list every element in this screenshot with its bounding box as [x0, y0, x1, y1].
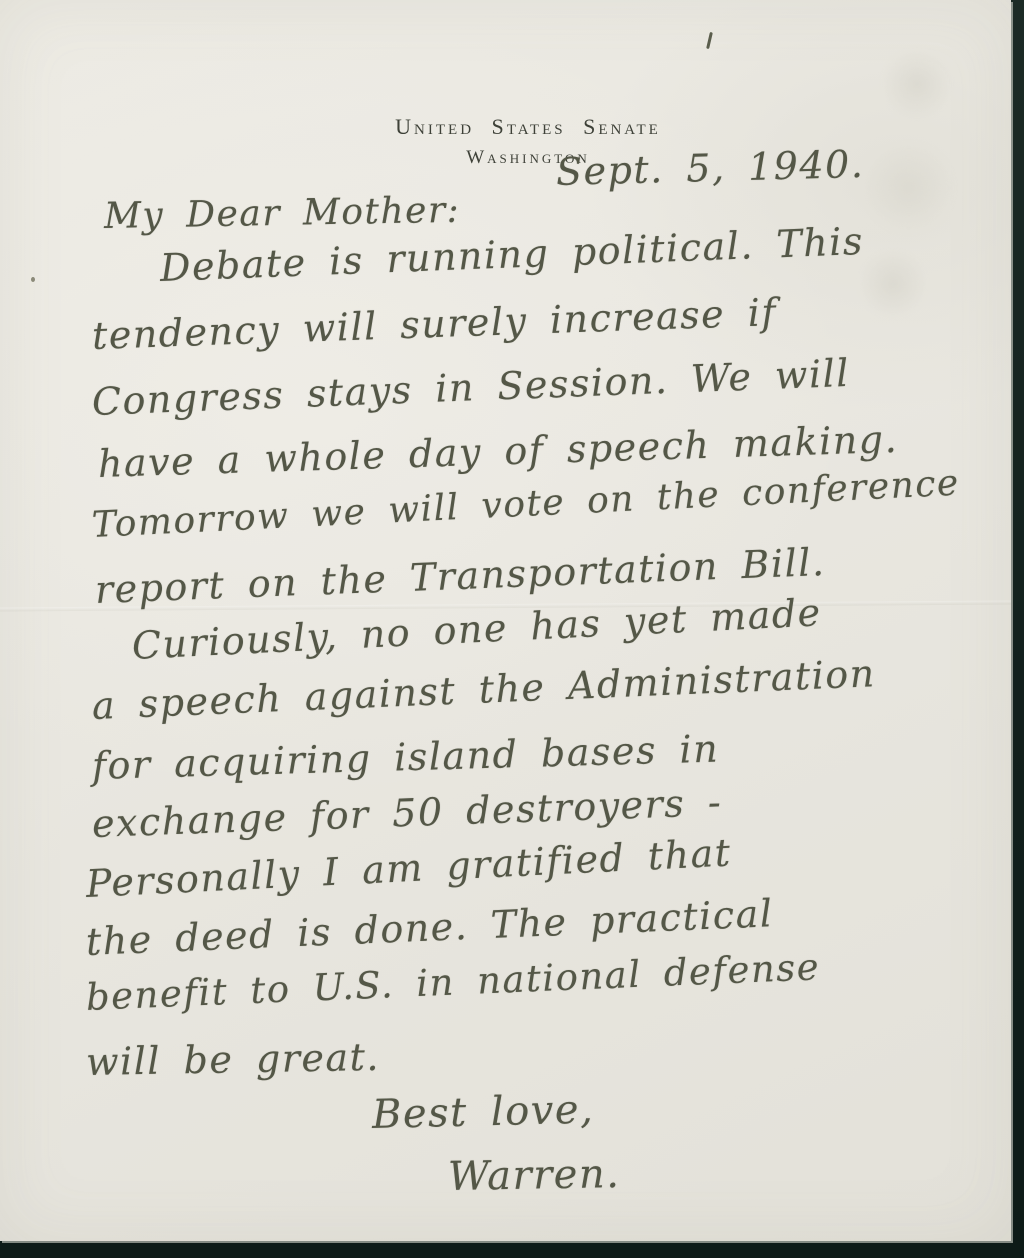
- stray-ink-mark: [706, 32, 713, 49]
- scanned-letter: United States Senate Washington Sept. 5,…: [0, 0, 1024, 1258]
- letterhead-organization: United States Senate: [28, 114, 1024, 140]
- body-line: will be great.: [86, 1035, 381, 1084]
- date-line: Sept. 5, 1940.: [555, 142, 864, 194]
- signature: Warren.: [448, 1151, 621, 1200]
- salutation: My Dear Mother:: [104, 190, 461, 237]
- letterhead: United States Senate Washington: [28, 114, 1024, 169]
- ink-speck: [31, 277, 35, 282]
- closing: Best love,: [371, 1087, 594, 1138]
- letterhead-location: Washington: [28, 147, 1024, 169]
- body-line: Congress stays in Session. We will: [91, 351, 851, 424]
- body-line: tendency will surely increase if: [91, 290, 777, 358]
- letter-paper: United States Senate Washington Sept. 5,…: [0, 0, 1011, 1241]
- body-line: for acquiring island bases in: [91, 726, 719, 787]
